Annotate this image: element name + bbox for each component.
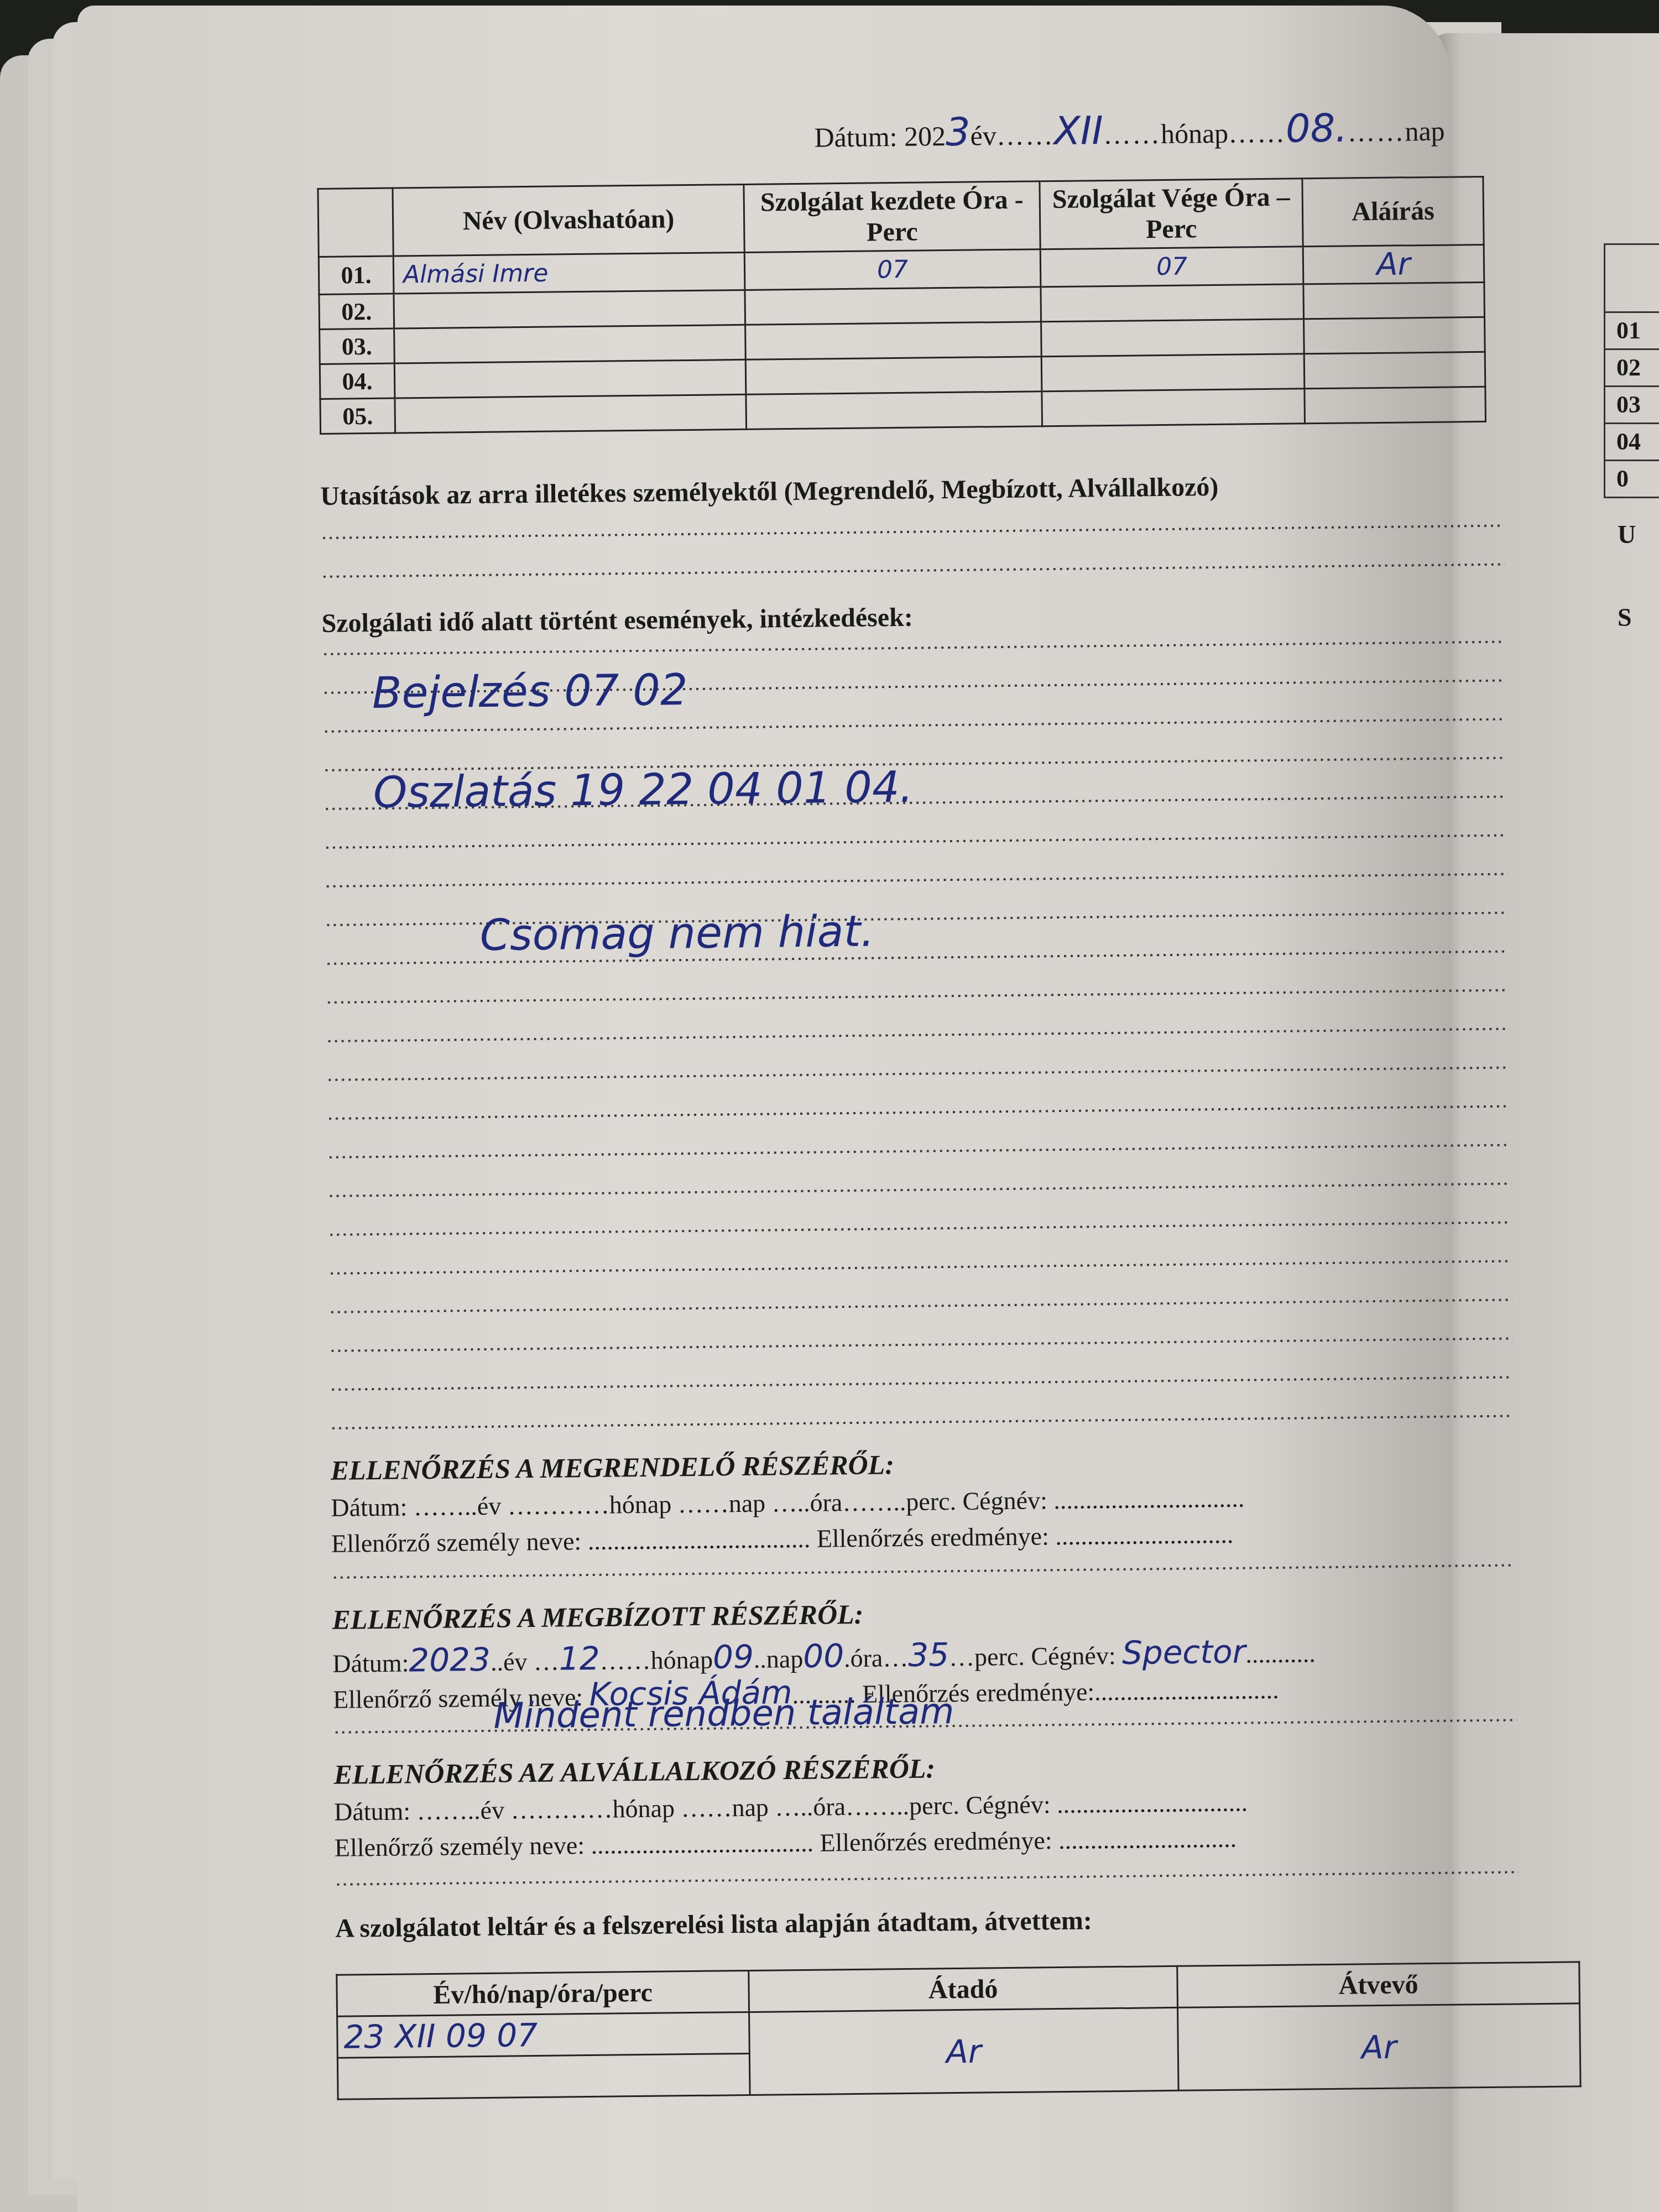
check-agent-title: ELLENŐRZÉS A MEGBÍZOTT RÉSZÉRŐL: [332, 1598, 863, 1636]
handover-header-datetime: Év/hó/nap/óra/perc [337, 1970, 749, 2016]
check-client-date[interactable]: Dátum: ……..év …………hónap ……nap …..óra……..… [331, 1484, 1244, 1522]
adjacent-row-number: 03 [1605, 385, 1659, 422]
logbook-page: Dátum: 2023év……XII……hónap……08.……nap Név … [77, 6, 1449, 2212]
month-field[interactable]: XII [1053, 108, 1103, 154]
name-field[interactable] [394, 325, 746, 363]
handover-giver-signature[interactable]: Ar [749, 2007, 1179, 2095]
check-subcontractor-line[interactable] [335, 1870, 1519, 1886]
instructions-line[interactable] [321, 563, 1505, 578]
signature-field[interactable] [1304, 317, 1485, 353]
adjacent-letter: S [1618, 603, 1632, 632]
handover-header-receiver: Átvevő [1177, 1962, 1580, 2008]
roster-header-start: Szolgálat kezdete Óra - Perc [744, 181, 1040, 253]
name-field[interactable] [395, 394, 747, 433]
events-line[interactable] [327, 1143, 1511, 1159]
adjacent-row-number: 0 [1605, 460, 1659, 498]
signature-field[interactable] [1303, 282, 1485, 319]
roster-table: Név (Olvashatóan) Szolgálat kezdete Óra … [317, 176, 1486, 435]
form-content: Dátum: 2023év……XII……hónap……08.……nap Név … [315, 0, 1504, 6]
name-field[interactable] [394, 290, 745, 328]
day-field[interactable]: 08. [1286, 105, 1348, 151]
signature-field[interactable]: Ar [1303, 244, 1484, 284]
check-subcontractor-title: ELLENŐRZÉS AZ ALVÁLLALKOZÓ RÉSZÉRŐL: [333, 1752, 935, 1790]
events-title: Szolgálati idő alatt történt események, … [321, 602, 913, 639]
start-time-field[interactable] [745, 357, 1042, 395]
adjacent-letter: U [1618, 520, 1636, 549]
events-line[interactable] [326, 1066, 1510, 1081]
end-time-field[interactable] [1042, 389, 1305, 426]
events-line[interactable] [327, 1104, 1510, 1120]
instructions-title: Utasítások az arra illetékes személyektő… [320, 472, 1219, 512]
check-subcontractor-date[interactable]: Dátum: ……..év …………hónap ……nap …..óra……..… [334, 1788, 1248, 1827]
name-field[interactable] [394, 359, 746, 398]
roster-header-signature: Aláírás [1302, 176, 1484, 246]
start-time-field[interactable] [745, 287, 1041, 325]
start-time-field[interactable] [745, 322, 1042, 360]
name-field[interactable]: Almási Imre [393, 252, 745, 294]
event-entry: Oszlatás 19 22 04 01 04. [373, 763, 913, 818]
check-agent-month[interactable]: 12 [559, 1640, 600, 1678]
events-line[interactable] [330, 1414, 1514, 1430]
adjacent-row-number: 01 [1605, 311, 1659, 348]
events-line[interactable] [326, 988, 1509, 1004]
events-line[interactable] [328, 1182, 1511, 1197]
date-header: Dátum: 2023év……XII……hónap……08.……nap [814, 105, 1445, 156]
events-line[interactable] [322, 640, 1505, 656]
check-client-title: ELLENŐRZÉS A MEGRENDELŐ RÉSZÉRŐL: [330, 1448, 894, 1486]
events-line[interactable] [328, 1259, 1512, 1275]
events-line[interactable] [324, 834, 1507, 849]
end-time-field[interactable] [1041, 354, 1305, 392]
end-time-field[interactable] [1041, 319, 1305, 357]
event-entry: Bejelzés 07 02 [372, 665, 688, 718]
end-time-field[interactable]: 07 [1040, 247, 1303, 287]
adjacent-page-table: 01 02 03 04 0 [1604, 243, 1659, 498]
handover-receiver-signature[interactable]: Ar [1177, 2004, 1580, 2091]
signature-field[interactable] [1305, 387, 1486, 423]
check-agent-company[interactable]: Spector [1122, 1633, 1246, 1672]
handover-table: Év/hó/nap/óra/perc Átadó Átvevő 23 XII 0… [336, 1961, 1581, 2100]
events-line[interactable] [328, 1220, 1511, 1236]
check-agent-year[interactable]: 2023 [409, 1641, 491, 1679]
start-time-field[interactable]: 07 [744, 249, 1041, 290]
handover-header-giver: Átadó [749, 1966, 1178, 2012]
check-client-person[interactable]: Ellenőrző személy neve: ................… [331, 1520, 1234, 1558]
start-time-field[interactable] [746, 392, 1042, 430]
check-client-line[interactable] [332, 1563, 1515, 1579]
events-line[interactable] [329, 1298, 1512, 1313]
signature-field[interactable] [1304, 352, 1485, 388]
roster-header-num [318, 188, 393, 257]
instructions-line[interactable] [321, 524, 1504, 540]
check-agent-day[interactable]: 09 [713, 1638, 754, 1676]
handover-title: A szolgálatot leltár és a felszerelési l… [335, 1905, 1092, 1943]
events-line[interactable] [330, 1375, 1513, 1391]
events-line[interactable] [326, 1027, 1510, 1042]
roster-header-name: Név (Olvashatóan) [393, 184, 744, 256]
check-agent-minute[interactable]: 35 [908, 1636, 950, 1674]
roster-header-end: Szolgálat Vége Óra – Perc [1040, 179, 1303, 249]
adjacent-row-number: 04 [1605, 422, 1659, 460]
handover-datetime-empty[interactable] [337, 2053, 750, 2099]
events-line[interactable] [323, 718, 1506, 733]
handover-datetime[interactable]: 23 XII 09 07 [337, 2012, 750, 2058]
event-entry: Csomag nem hiat. [479, 907, 874, 961]
adjacent-row-number: 02 [1605, 348, 1659, 385]
year-digit-field[interactable]: 3 [946, 109, 971, 155]
events-line[interactable] [325, 873, 1508, 888]
check-agent-result[interactable]: Mindent rendben találtam [493, 1691, 954, 1737]
check-subcontractor-person[interactable]: Ellenőrző személy neve: ................… [335, 1824, 1237, 1863]
end-time-field[interactable] [1041, 284, 1304, 322]
events-line[interactable] [329, 1337, 1512, 1352]
check-agent-hour[interactable]: 00 [803, 1637, 844, 1675]
